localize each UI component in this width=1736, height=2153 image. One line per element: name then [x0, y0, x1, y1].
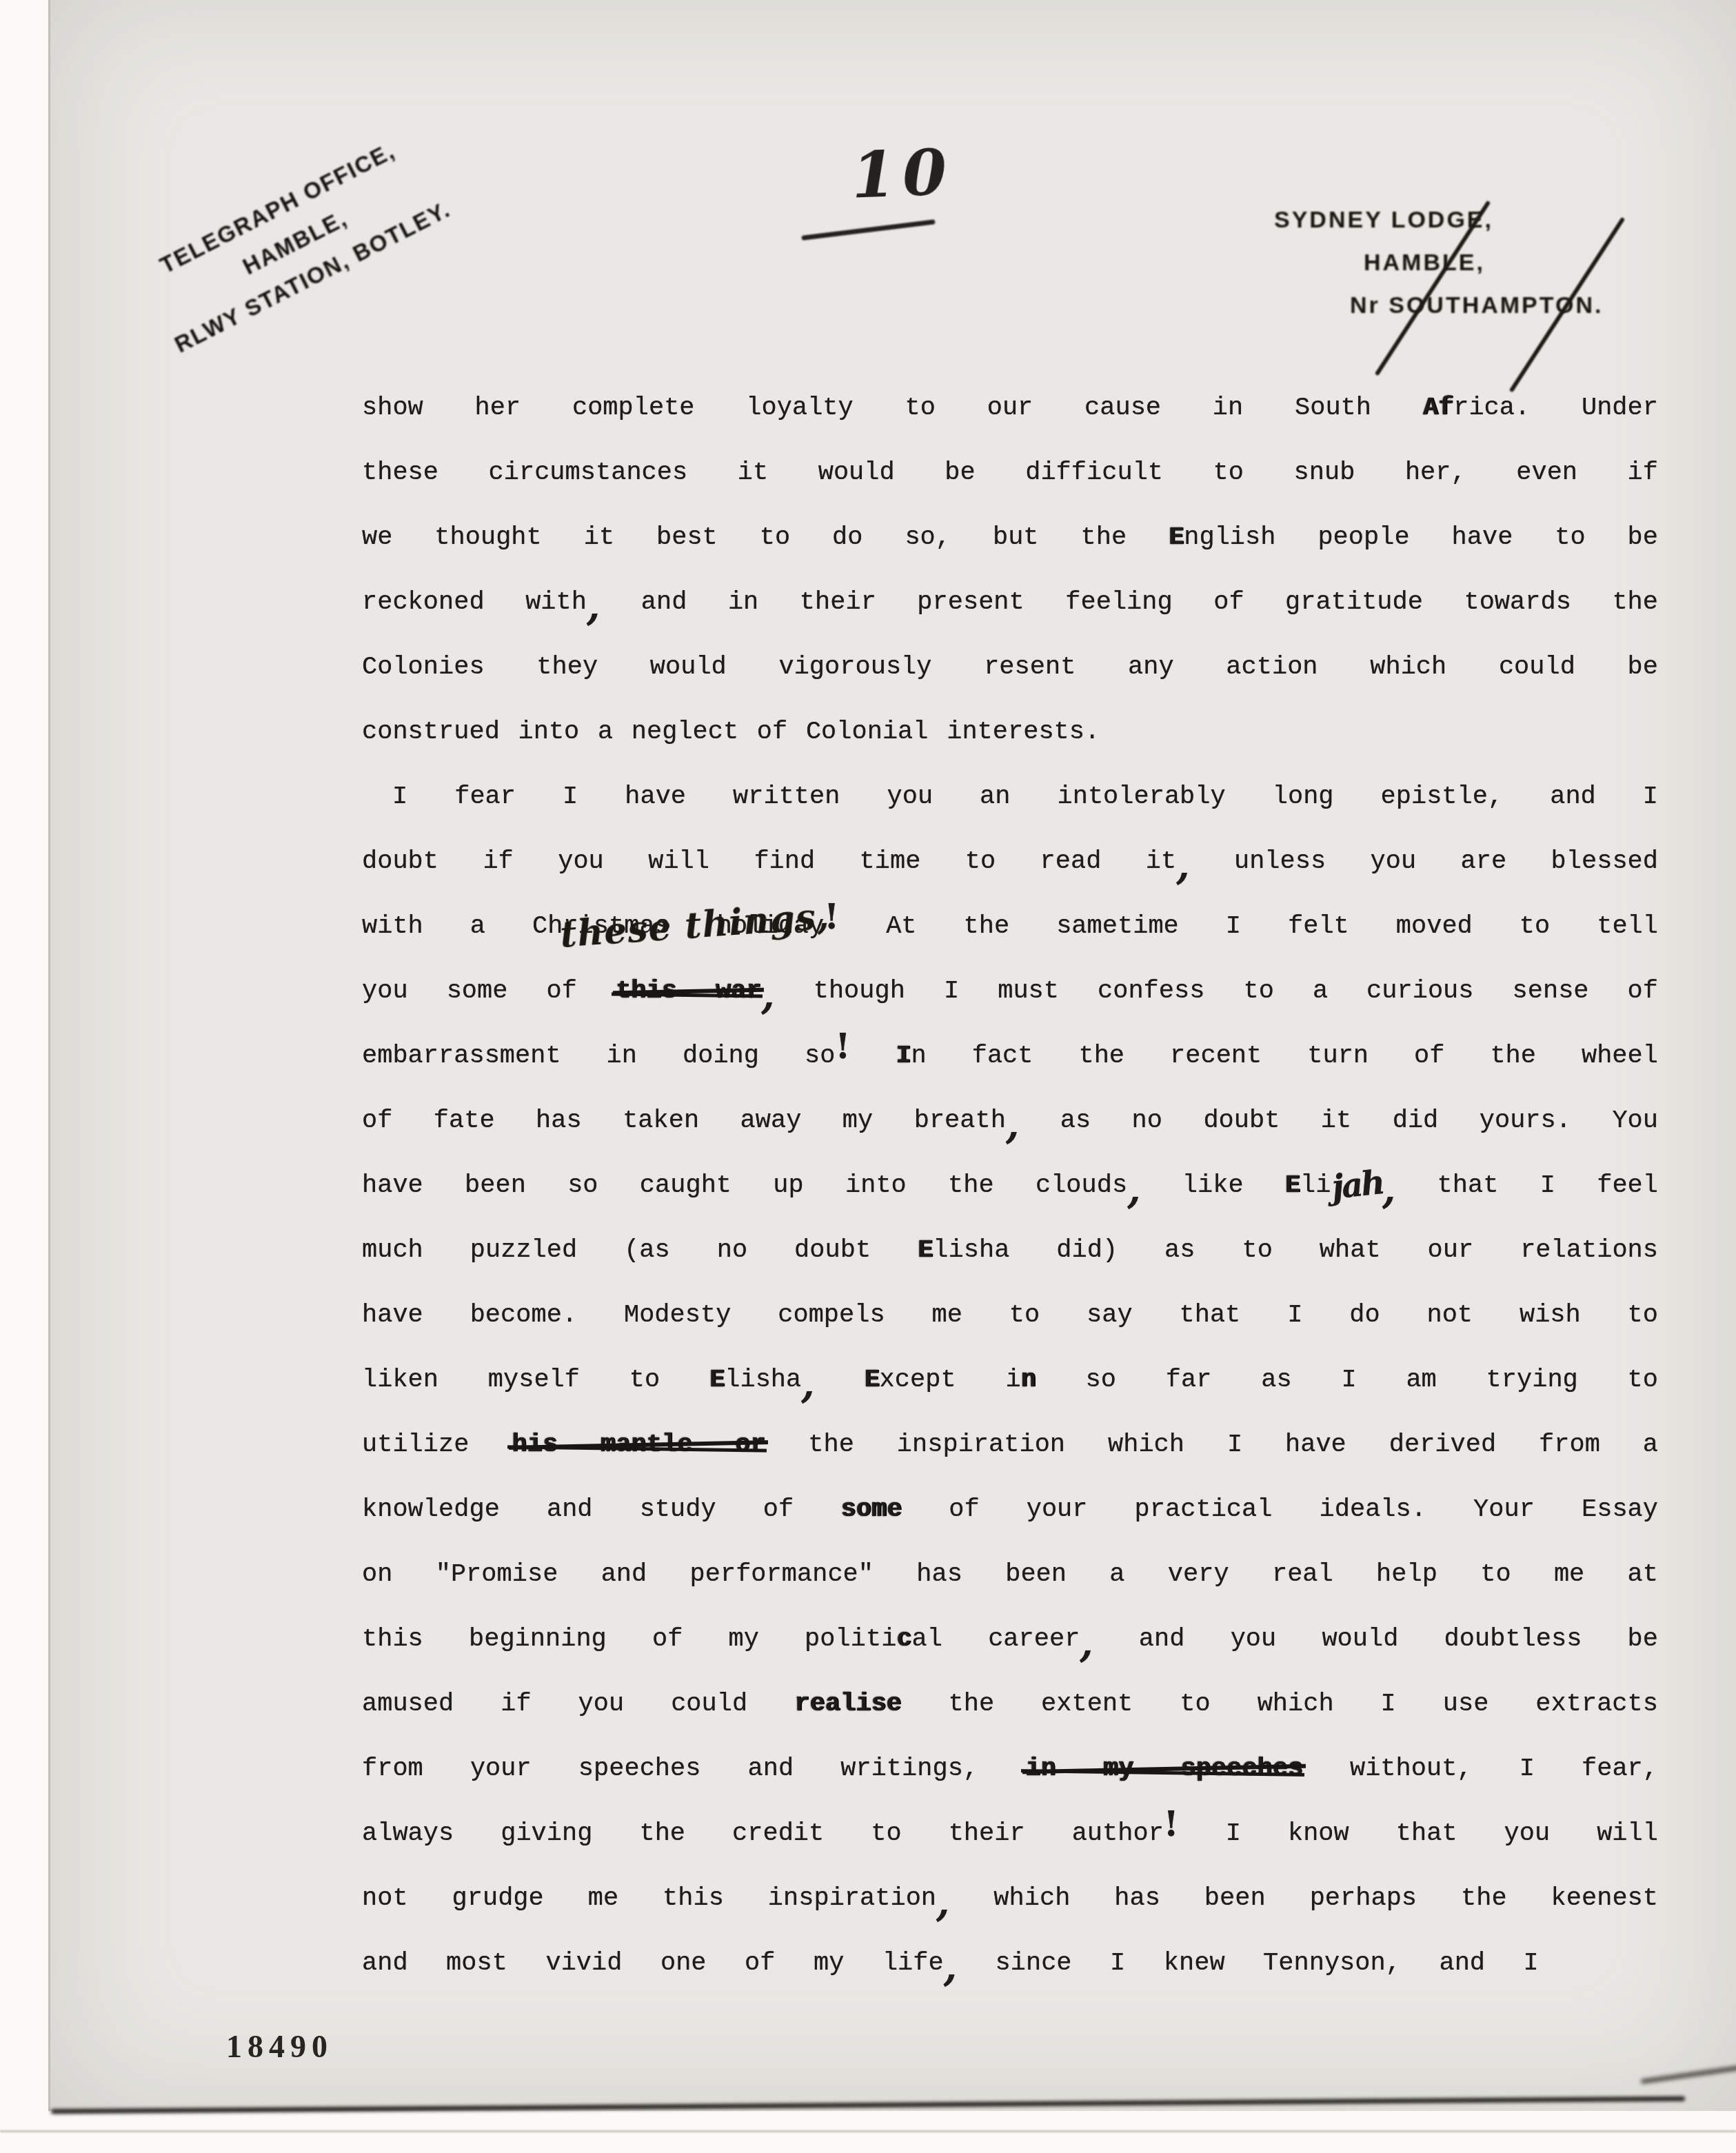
handwritten-comma: ,: [587, 585, 600, 629]
letter-line: these circumstances it would be difficul…: [362, 441, 1658, 505]
typed-text: al career: [912, 1625, 1080, 1654]
struck-through-text: his mantle or: [512, 1431, 765, 1459]
letter-line: on "Promise and performance" has been a …: [362, 1542, 1658, 1607]
handwritten-comma: ,: [1176, 844, 1189, 889]
overstruck-text: E: [1169, 523, 1184, 552]
typed-text: these circumstances it would be difficul…: [362, 458, 1658, 487]
overstruck-text: I: [896, 1042, 911, 1071]
handwritten-comma: ,: [936, 1881, 949, 1925]
typed-text: of fate has taken away my breath: [362, 1106, 1006, 1135]
typed-text: nglish people have to be: [1184, 523, 1658, 552]
letter-line: have been so caught up into the clouds, …: [362, 1153, 1658, 1218]
letter-line: knowledge and study of some of your prac…: [362, 1477, 1658, 1542]
letter-line: much puzzled (as no doubt Elisha did) as…: [362, 1218, 1658, 1283]
letter-line: I fear I have written you an intolerably…: [362, 765, 1658, 829]
overstruck-text: Af: [1423, 394, 1453, 423]
typed-text: without, I fear,: [1303, 1755, 1658, 1783]
typed-text: like: [1141, 1171, 1285, 1200]
typed-text: which has been perhaps the keenest: [949, 1884, 1658, 1913]
letter-line: always giving the credit to their author…: [362, 1801, 1658, 1866]
typed-text: not grudge me this inspiration: [362, 1884, 936, 1913]
handwritten-comma: ,: [1006, 1103, 1019, 1148]
letter-line: embarrassment in doing so! In fact the r…: [362, 1024, 1658, 1089]
typed-text: much puzzled (as no doubt: [362, 1236, 918, 1265]
typed-text: [850, 1042, 896, 1071]
scanned-letter-page: { "page": { "page_number": "10", "archiv…: [0, 0, 1736, 2153]
typed-text: utilize: [362, 1431, 512, 1459]
overstruck-text: E: [864, 1366, 879, 1395]
letter-line: we thought it best to do so, but the Eng…: [362, 505, 1658, 570]
typed-text: that I feel: [1395, 1171, 1658, 1200]
handwritten-comma: ,: [1080, 1621, 1093, 1666]
overstruck-text: E: [918, 1236, 933, 1265]
typed-text: lisha: [725, 1366, 801, 1395]
typed-text: I fear I have written you an intolerably…: [392, 782, 1658, 811]
letter-line: of fate has taken away my breath, as no …: [362, 1089, 1658, 1153]
scanner-artifact-line: [0, 2130, 1736, 2132]
overstruck-text: n: [1021, 1366, 1036, 1395]
letter-line: from your speeches and writings, in my s…: [362, 1737, 1658, 1801]
typed-text: always giving the credit to their author: [362, 1819, 1164, 1848]
overstruck-text: realise: [794, 1690, 901, 1719]
letterhead-line-1: SYDNEY LODGE,: [1274, 199, 1633, 241]
typed-text: though I must confess to a curious sense…: [775, 977, 1658, 1006]
letter-line: and most vivid one of my life, since I k…: [362, 1931, 1658, 1996]
typed-text: unless you are blessed: [1190, 847, 1658, 876]
letter-line: Colonies they would vigorously resent an…: [362, 635, 1658, 700]
typed-text: you some of: [362, 977, 616, 1006]
typed-text: the extent to which I use extracts: [902, 1690, 1658, 1719]
typed-text: so far as I am trying to: [1036, 1366, 1658, 1395]
typed-text: and in their present feeling of gratitud…: [600, 588, 1658, 617]
typed-text: n fact the recent turn of the wheel: [911, 1042, 1658, 1071]
typed-text: li: [1300, 1171, 1331, 1200]
handwritten-comma: ,: [944, 1945, 957, 1990]
letter-line: liken myself to Elisha, Except in so far…: [362, 1348, 1658, 1413]
letter-line: have become. Modesty compels me to say t…: [362, 1283, 1658, 1348]
letter-line: you some of this war, though I must conf…: [362, 959, 1658, 1024]
typed-text: reckoned with: [362, 588, 587, 617]
typed-text: this beginning of my politi: [362, 1625, 896, 1654]
letter-body: show her complete loyalty to our cause i…: [362, 376, 1658, 1996]
typed-text: and most vivid one of my life: [362, 1949, 944, 1978]
handwritten-comma: ,: [761, 973, 774, 1018]
archive-number: 18490: [226, 2028, 333, 2065]
typed-text: liken myself to: [362, 1366, 709, 1395]
typed-text: have been so caught up into the clouds: [362, 1171, 1127, 1200]
typed-text: lisha did) as to what our relations: [933, 1236, 1658, 1265]
handwritten-exclamation: !: [835, 1026, 850, 1067]
typed-text: we thought it best to do so, but the: [362, 523, 1169, 552]
handwritten-page-number: 10: [850, 134, 955, 212]
typed-text: rica. Under: [1453, 394, 1658, 423]
letter-line: reckoned with, and in their present feel…: [362, 570, 1658, 635]
typed-text: as no doubt it did yours. You: [1019, 1106, 1658, 1135]
typed-text: since I knew Tennyson, and I: [957, 1949, 1539, 1978]
typed-text: and you would doubtless be: [1093, 1625, 1658, 1654]
typed-text: have become. Modesty compels me to say t…: [362, 1301, 1658, 1330]
letter-line: with a Christmas holiday! At the sametim…: [362, 894, 1658, 959]
overstruck-text: E: [1285, 1171, 1300, 1200]
overstruck-text: E: [709, 1366, 725, 1395]
handwritten-correction: jah: [1331, 1182, 1382, 1188]
typed-text: of your practical ideals. Your Essay: [902, 1495, 1658, 1524]
handwritten-exclamation: !: [1164, 1803, 1179, 1844]
letter-line: not grudge me this inspiration, which ha…: [362, 1866, 1658, 1931]
typed-text: At the sametime I felt moved to tell: [839, 912, 1658, 941]
typed-text: construed into a neglect of Colonial int…: [362, 718, 1100, 747]
letter-line: this beginning of my political career, a…: [362, 1607, 1658, 1672]
typed-text: embarrassment in doing so: [362, 1042, 835, 1071]
typed-text: amused if you could: [362, 1690, 794, 1719]
typed-text: on "Promise and performance" has been a …: [362, 1560, 1658, 1589]
letterhead-line-3: Nr SOUTHAMPTON.: [1350, 284, 1633, 327]
typed-text: show her complete loyalty to our cause i…: [362, 394, 1423, 423]
handwritten-comma: ,: [1127, 1168, 1140, 1213]
typed-text: doubt if you will find time to read it: [362, 847, 1176, 876]
typed-text: I know that you will: [1179, 1819, 1658, 1848]
overstruck-text: some: [840, 1495, 902, 1524]
handwritten-comma: ,: [1382, 1168, 1395, 1213]
typed-text: from your speeches and writings,: [362, 1755, 1025, 1783]
struck-through-text: in my speeches: [1025, 1755, 1303, 1783]
letter-line: doubt if you will find time to read it, …: [362, 829, 1658, 894]
typed-text: the inspiration which I have derived fro…: [765, 1431, 1658, 1459]
overstruck-text: c: [896, 1625, 911, 1654]
typed-text: [815, 1366, 865, 1395]
struck-through-text: this war: [616, 977, 761, 1006]
typed-text: xcept i: [880, 1366, 1021, 1395]
letter-line: utilize his mantle or the inspiration wh…: [362, 1413, 1658, 1477]
typed-text: Colonies they would vigorously resent an…: [362, 653, 1658, 682]
typed-text: knowledge and study of: [362, 1495, 840, 1524]
letter-line: show her complete loyalty to our cause i…: [362, 376, 1658, 441]
letter-line: amused if you could realise the extent t…: [362, 1672, 1658, 1737]
handwritten-comma: ,: [801, 1362, 814, 1407]
letterhead: SYDNEY LODGE, HAMBLE, Nr SOUTHAMPTON.: [1274, 199, 1633, 327]
letter-line: construed into a neglect of Colonial int…: [362, 700, 1658, 765]
